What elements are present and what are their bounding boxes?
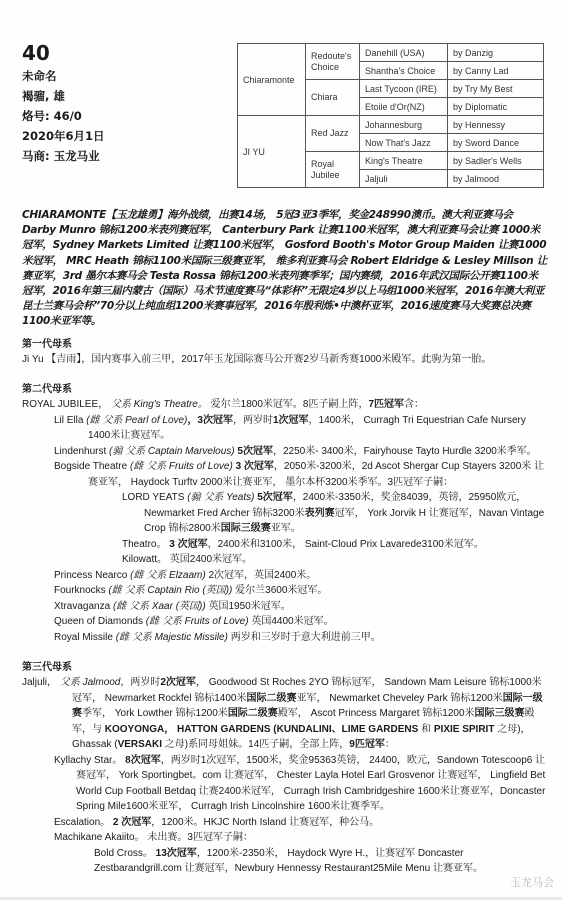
bold: 9匹冠军 — [349, 739, 385, 750]
horse-name: LORD YEATS — [122, 492, 184, 503]
horse-note: (雌 父系 Captain Rio (英国)) — [108, 585, 232, 596]
horse-name: Machikane Akaiito。 — [54, 832, 145, 843]
text: 和 — [418, 724, 434, 735]
third-dam-title: 第三代母系 — [22, 660, 547, 675]
horse-name: Bold Cross。 — [94, 848, 153, 859]
bold: PIXIE SPIRIT — [434, 724, 495, 735]
wins: 8次冠军 — [122, 755, 160, 766]
dam-text: 爱尔兰1800米冠军。8匹子嗣上阵， — [211, 399, 369, 410]
third-dam-head: Jaljuli， 父系 Jalmood，两岁时2次冠军， Goodwood St… — [22, 675, 547, 753]
wins: 3 次冠军 — [233, 461, 274, 472]
third-dam-section: 第三代母系 Jaljuli， 父系 Jalmood，两岁时2次冠军， Goodw… — [22, 660, 547, 877]
horse-name: Kilowatt。 — [122, 554, 167, 565]
details: 亚军。 — [271, 523, 301, 534]
details: 爱尔兰3600米冠军。 — [232, 585, 327, 596]
bold: 国际三级赛 — [475, 708, 525, 719]
horse-header: 40 未命名 褐骝, 雄 烙号: 46/0 2020年6月1日 马商: 玉龙马业 — [22, 40, 105, 166]
dam-name: ROYAL JUBILEE， — [22, 399, 108, 410]
first-dam-text: Ji Yu 【吉雨】，国内赛事入前三甲，2017年玉龙国际赛马公开赛2岁马新秀赛… — [22, 352, 547, 368]
pedigree-cell: King's Theatre — [360, 152, 448, 170]
pedigree-dam: JI YU — [238, 116, 306, 188]
list-item: Princess Nearco (雌 父系 Elzaam) 2次冠军，英国240… — [22, 568, 547, 584]
horse-note: (骟 父系 Yeats) — [187, 492, 254, 503]
list-item: Fourknocks (雌 父系 Captain Rio (英国)) 爱尔兰36… — [22, 583, 547, 599]
pedigree-cell: by Diplomatic — [448, 98, 544, 116]
bold: 国际二级赛 — [247, 693, 297, 704]
horse-note: (雌 父系 Fruits of Love) — [130, 461, 233, 472]
dam-bold: 7匹冠军 — [368, 399, 404, 410]
list-item: Queen of Diamonds (雌 父系 Fruits of Love) … — [22, 614, 547, 630]
text: 殿军， Ascot Princess Margaret 锦标1200米 — [278, 708, 475, 719]
pedigree-cell: Now That's Jazz — [360, 134, 448, 152]
dam-sire: 父系 King's Theatre。 — [111, 399, 208, 410]
details: ，2400米和3100米， Saint-Cloud Prix Lavarede3… — [208, 539, 484, 550]
pedigree-cell: by Jalmood — [448, 170, 544, 188]
pedigree-cell: Last Tycoon (IRE) — [360, 80, 448, 98]
wins: 5次冠军 — [254, 492, 292, 503]
pedigree-sire: Chiaramonte — [238, 44, 306, 116]
list-item: Xtravaganza (雌 父系 Xaar (英国)) 英国1950米冠军。 — [22, 599, 547, 615]
list-item: Lil Ella (雌 父系 Pearl of Love)，3次冠军，两岁时1次… — [22, 413, 547, 444]
pedigree-dam-dam: Royal Jubilee — [306, 152, 360, 188]
bold: 表列赛 — [305, 508, 335, 519]
pedigree-cell: by Try My Best — [448, 80, 544, 98]
horse-name: Escalation。 — [54, 817, 110, 828]
horse-note: (雌 父系 Pearl of Love) — [86, 415, 187, 426]
horse-note: (雌 父系 Majestic Missile) — [116, 632, 228, 643]
sire-summary: CHIARAMONTE【玉龙雄勇】海外战绩，出赛14场， 5冠3亚3季军，奖金2… — [22, 208, 547, 330]
foaled-date: 2020年6月1日 — [22, 126, 105, 146]
horse-note: (雌 父系 Fruits of Love) — [146, 616, 249, 627]
horse-name: Bogside Theatre — [54, 461, 127, 472]
horse-name: Xtravaganza — [54, 601, 110, 612]
list-item: Machikane Akaiito。 未出赛。3匹冠军子嗣： — [22, 830, 547, 846]
second-dam-entries: Lil Ella (雌 父系 Pearl of Love)，3次冠军，两岁时1次… — [22, 413, 547, 646]
horse-name: Lil Ella — [54, 415, 83, 426]
pedigree-sire-dam: Chiara — [306, 80, 360, 116]
details: 英国1950米冠军。 — [206, 601, 291, 612]
text: ，两岁时 — [120, 677, 160, 688]
details: ，1200米。HKJC North Island 让赛冠军，种公马。 — [151, 817, 379, 828]
pedigree-cell: Jaljuli — [360, 170, 448, 188]
pedigree-cell: by Hennessy — [448, 116, 544, 134]
list-item: Bogside Theatre (雌 父系 Fruits of Love) 3 … — [22, 459, 547, 490]
horse-name: Princess Nearco — [54, 570, 127, 581]
third-dam-entries: Kyllachy Star。 8次冠军，两岁时1次冠军，1500米，奖金9536… — [22, 753, 547, 877]
bold: 国际三级赛 — [221, 523, 271, 534]
wins: 13次冠军 — [153, 848, 197, 859]
pedigree-cell: by Danzig — [448, 44, 544, 62]
details: 2次冠军，英国2400米。 — [206, 570, 317, 581]
wins: 3 次冠军 — [166, 539, 207, 550]
bold: KOOYONGA， HATTON GARDENS (KUNDALINI、LIME… — [105, 724, 419, 735]
details: ，两岁时 — [233, 415, 273, 426]
list-item: LORD YEATS (骟 父系 Yeats) 5次冠军，2400米-3350米… — [22, 490, 547, 537]
lot-number: 40 — [22, 40, 105, 66]
second-dam-section: 第二代母系 ROYAL JUBILEE， 父系 King's Theatre。 … — [22, 382, 547, 645]
list-item: Lindenhurst (骟 父系 Captain Marvelous) 5次冠… — [22, 444, 547, 460]
bold: 2次冠军 — [160, 677, 196, 688]
horse-name: Theatro。 — [122, 539, 166, 550]
horse-note: (雌 父系 Elzaam) — [130, 570, 206, 581]
text: ： — [385, 739, 395, 750]
details: 两岁和三岁时于意大利进前三甲。 — [228, 632, 381, 643]
list-item: Kyllachy Star。 8次冠军，两岁时1次冠军，1500米，奖金9536… — [22, 753, 547, 815]
text: 亚军， Newmarket Cheveley Park 锦标1200米 — [297, 693, 503, 704]
details: 英国2400米冠军。 — [167, 554, 252, 565]
details: 英国4400米冠军。 — [249, 616, 334, 627]
dam-tail: 含： — [404, 399, 424, 410]
pedigree-cell: Shantha's Choice — [360, 62, 448, 80]
pedigree-dam-sire: Red Jazz — [306, 116, 360, 152]
horse-name: Queen of Diamonds — [54, 616, 143, 627]
wins: 5次冠军 — [235, 446, 273, 457]
second-dam-title: 第二代母系 — [22, 382, 547, 397]
details: 未出赛。3匹冠军子嗣： — [145, 832, 253, 843]
pedigree-cell: by Sadler's Wells — [448, 152, 544, 170]
horse-name: Kyllachy Star。 — [54, 755, 122, 766]
pedigree-cell: by Sword Dance — [448, 134, 544, 152]
horse-note: (雌 父系 Xaar (英国)) — [113, 601, 206, 612]
horse-note: (骟 父系 Captain Marvelous) — [109, 446, 235, 457]
vendor: 马商: 玉龙马业 — [22, 146, 105, 166]
color-sex: 褐骝, 雄 — [22, 86, 105, 106]
list-item: Escalation。 2 次冠军，1200米。HKJC North Islan… — [22, 815, 547, 831]
list-item: Kilowatt。 英国2400米冠军。 — [22, 552, 547, 568]
pedigree-cell: Danehill (USA) — [360, 44, 448, 62]
brand: 烙号: 46/0 — [22, 106, 105, 126]
text: 季军， York Lowther 锦标1200米 — [82, 708, 228, 719]
list-item: Theatro。 3 次冠军，2400米和3100米， Saint-Cloud … — [22, 537, 547, 553]
horse-name: Lindenhurst — [54, 446, 106, 457]
horse-name: 未命名 — [22, 66, 105, 86]
dam-name: Jaljuli， — [22, 677, 57, 688]
wins: ，3次冠军 — [187, 415, 233, 426]
horse-name: Fourknocks — [54, 585, 106, 596]
pedigree-cell: Johannesburg — [360, 116, 448, 134]
first-dam-title: 第一代母系 — [22, 337, 547, 352]
list-item: Royal Missile (雌 父系 Majestic Missile) 两岁… — [22, 630, 547, 646]
second-dam-head: ROYAL JUBILEE， 父系 King's Theatre。 爱尔兰180… — [22, 397, 547, 413]
dam-sire: 父系 Jalmood — [60, 677, 121, 688]
list-item: Bold Cross。 13次冠军，1200米-2350米， Haydock W… — [22, 846, 547, 877]
first-dam-section: 第一代母系 Ji Yu 【吉雨】，国内赛事入前三甲，2017年玉龙国际赛马公开赛… — [22, 337, 547, 368]
text: 之母)系同母姐妹。14匹子嗣，全部上阵， — [162, 739, 349, 750]
pedigree-sire-sire: Redoute's Choice — [306, 44, 360, 80]
horse-name: Royal Missile — [54, 632, 113, 643]
pedigree-cell: by Canny Lad — [448, 62, 544, 80]
bold: VERSAKI — [118, 739, 162, 750]
watermark: 玉龙马会 — [510, 874, 554, 890]
bold: 1次冠军 — [273, 415, 309, 426]
wins: 2 次冠军 — [110, 817, 151, 828]
pedigree-cell: Etoile d'Or(NZ) — [360, 98, 448, 116]
pedigree-table: Chiaramonte Redoute's Choice Danehill (U… — [237, 43, 544, 188]
bold: 国际二级赛 — [228, 708, 278, 719]
details: ，2250米- 3400米，Fairyhouse Tayto Hurdle 32… — [273, 446, 537, 457]
